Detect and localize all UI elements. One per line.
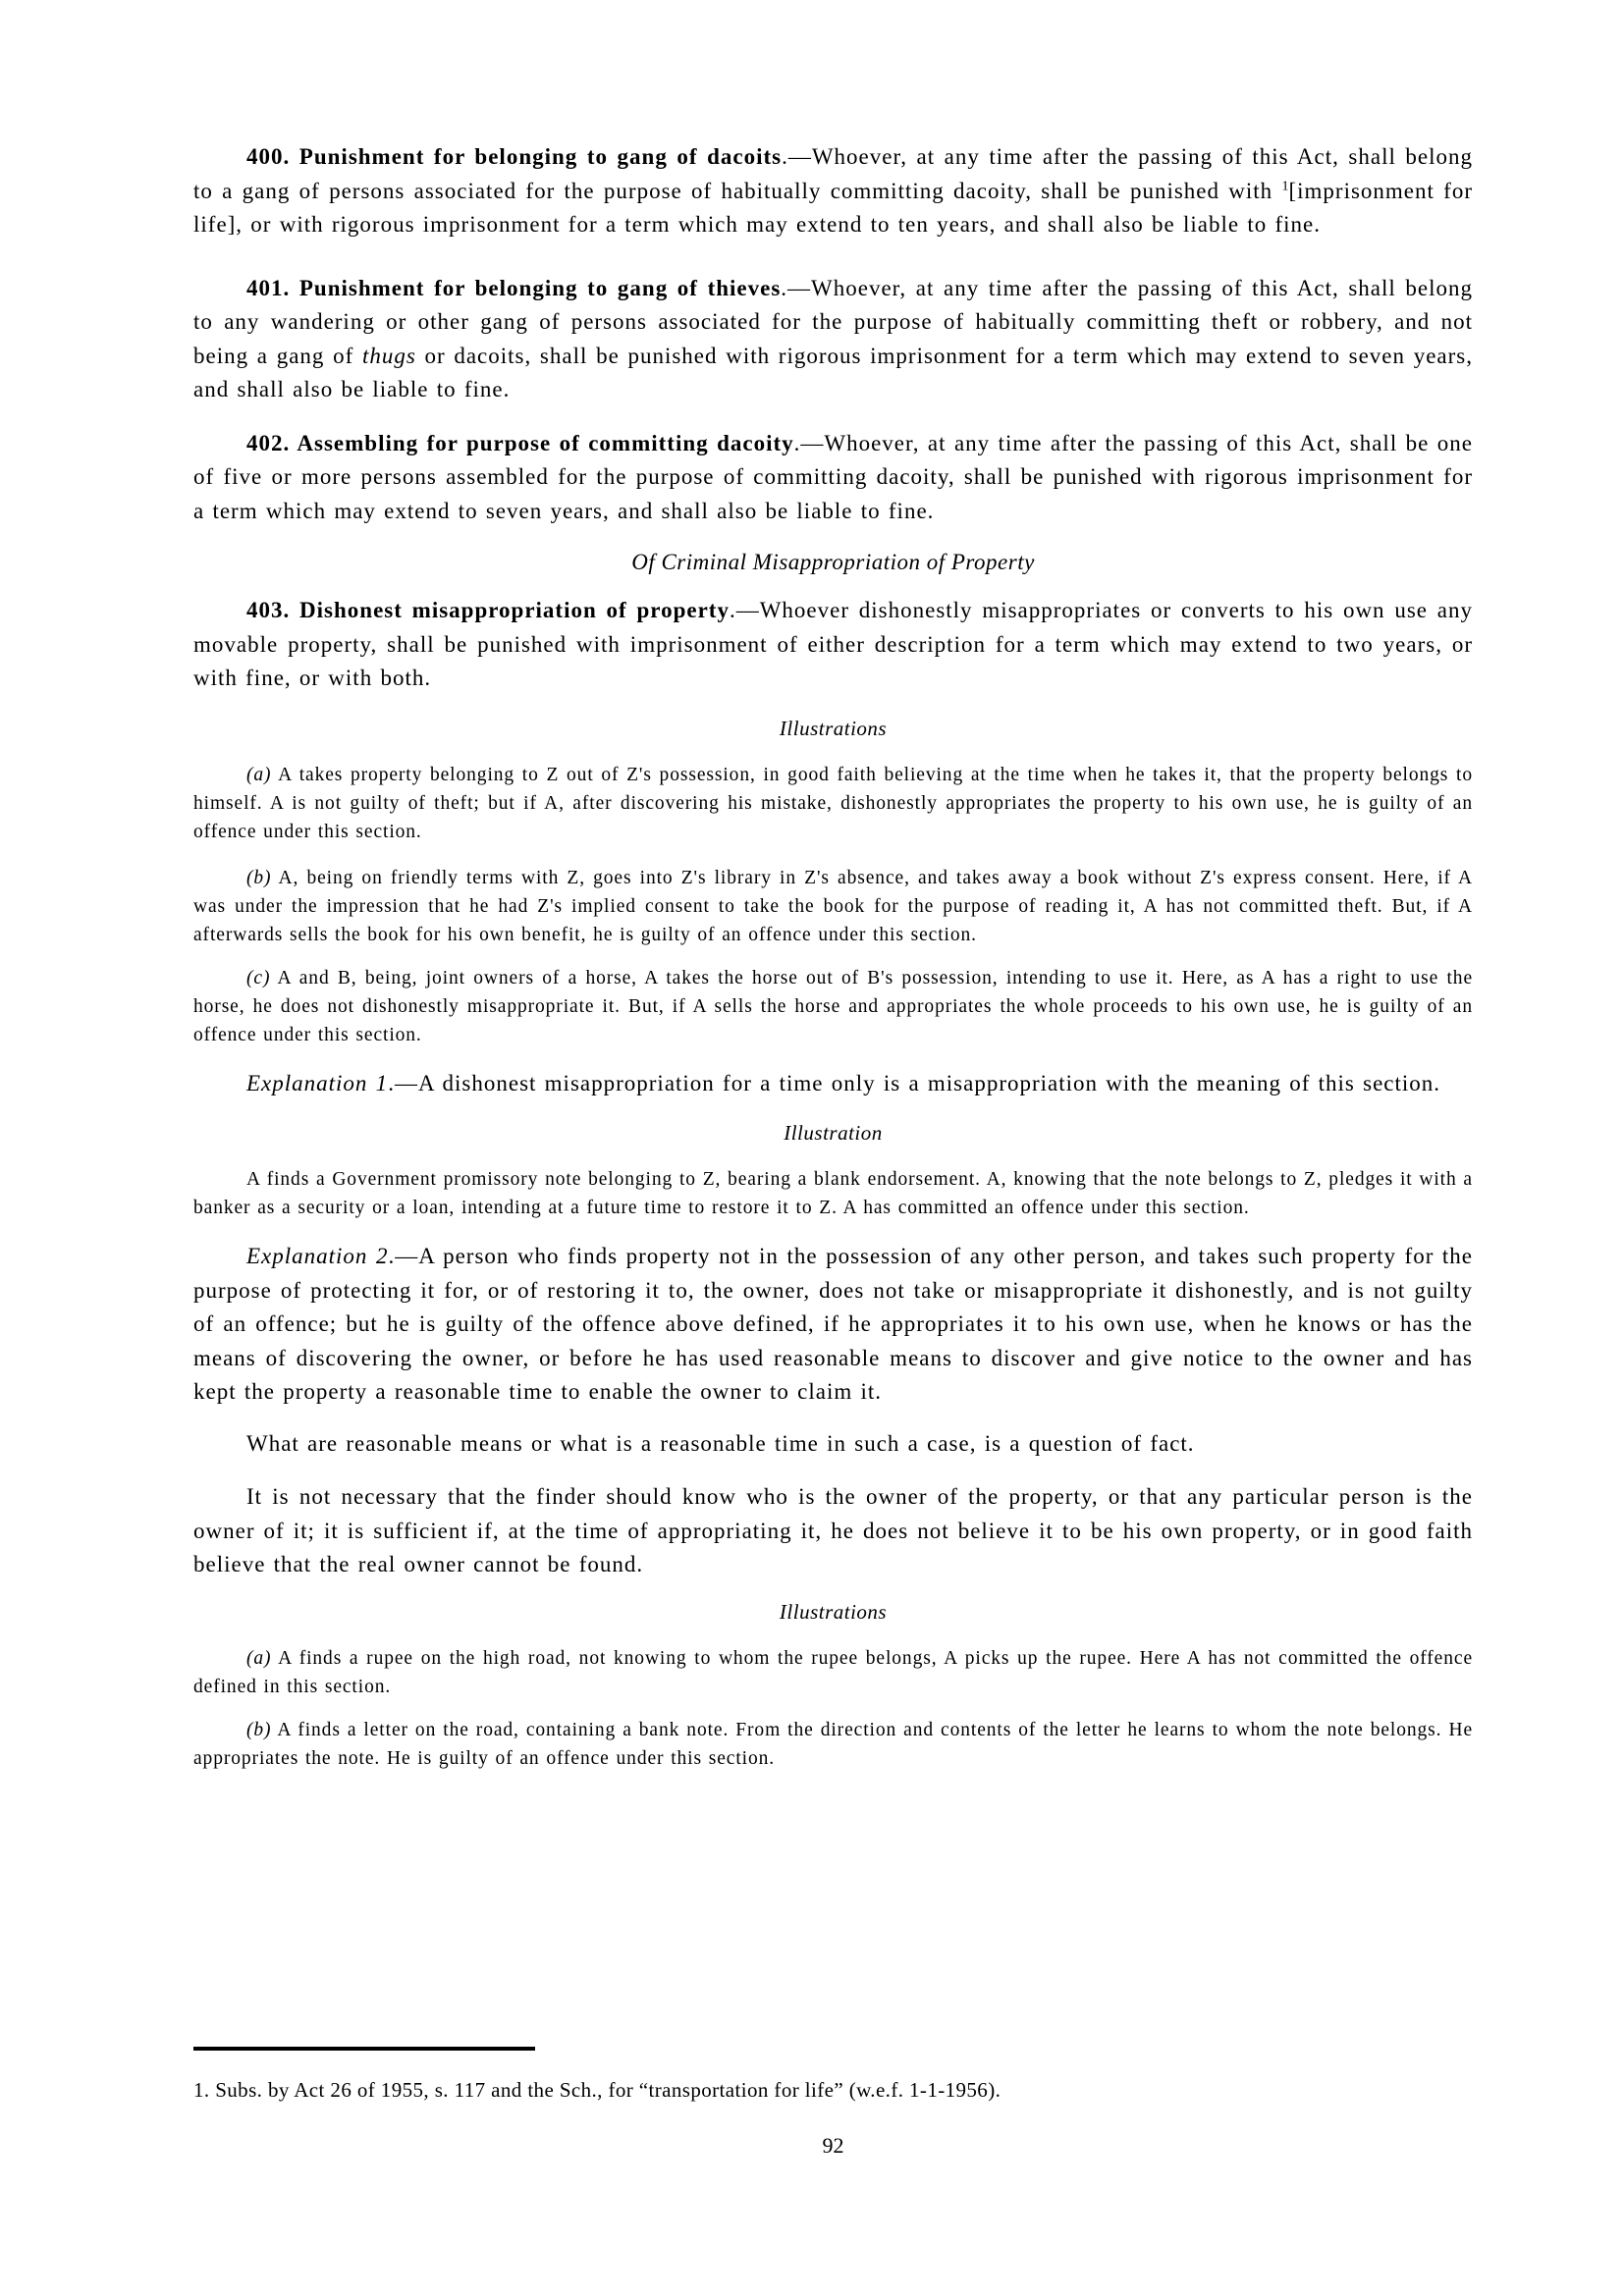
illustration-c1-text: A and B, being, joint owners of a horse,…: [193, 968, 1473, 1045]
illustration-a1-text: A takes property belonging to Z out of Z…: [193, 765, 1473, 842]
explanation-1-text: .—A dishonest misappropriation for a tim…: [388, 1071, 1440, 1095]
section-403-paragraph: 403. Dishonest misappropriation of prope…: [193, 594, 1473, 696]
illustrations-heading-3: Illustrations: [193, 1597, 1473, 1627]
illustration-c1-marker: (c): [246, 968, 270, 988]
section-400-title: 400. Punishment for belonging to gang of…: [246, 144, 782, 169]
section-403-title: 403. Dishonest misappropriation of prope…: [246, 598, 730, 622]
illustrations-heading-1: Illustrations: [193, 714, 1473, 743]
explanation-1-label: Explanation 1: [246, 1071, 388, 1095]
footnote-area: 1. Subs. by Act 26 of 1955, s. 117 and t…: [193, 2047, 1473, 2104]
explanation-1-paragraph: Explanation 1.—A dishonest misappropriat…: [193, 1067, 1473, 1101]
finder-paragraph: It is not necessary that the finder shou…: [193, 1480, 1473, 1582]
illustration-a1: (a) A takes property belonging to Z out …: [193, 761, 1473, 846]
illustration-note-paragraph: A finds a Government promissory note bel…: [193, 1165, 1473, 1222]
page-content: 400. Punishment for belonging to gang of…: [193, 0, 1473, 1773]
explanation-2-label: Explanation 2: [246, 1244, 388, 1268]
illustration-a2-text: A finds a rupee on the high road, not kn…: [193, 1648, 1473, 1697]
illustration-c1: (c) A and B, being, joint owners of a ho…: [193, 964, 1473, 1049]
illustration-b2-text: A finds a letter on the road, containing…: [193, 1720, 1473, 1769]
footnote-divider: [193, 2047, 535, 2051]
illustration-b1-marker: (b): [246, 868, 271, 888]
page-number: 92: [193, 2132, 1473, 2160]
section-402-title: 402. Assembling for purpose of committin…: [246, 431, 794, 455]
section-402-paragraph: 402. Assembling for purpose of committin…: [193, 427, 1473, 529]
section-401-paragraph: 401. Punishment for belonging to gang of…: [193, 272, 1473, 407]
illustration-a1-marker: (a): [246, 765, 271, 785]
explanation-2-paragraph: Explanation 2.—A person who finds proper…: [193, 1240, 1473, 1410]
illustration-b2: (b) A finds a letter on the road, contai…: [193, 1716, 1473, 1773]
illustration-b1: (b) A, being on friendly terms with Z, g…: [193, 864, 1473, 949]
footnote-1: 1. Subs. by Act 26 of 1955, s. 117 and t…: [193, 2076, 1473, 2104]
illustration-b1-text: A, being on friendly terms with Z, goes …: [193, 868, 1473, 945]
chapter-heading: Of Criminal Misappropriation of Property: [193, 546, 1473, 579]
reasonable-means-paragraph: What are reasonable means or what is a r…: [193, 1427, 1473, 1462]
illustration-heading-2: Illustration: [193, 1118, 1473, 1148]
illustration-a2-marker: (a): [246, 1648, 271, 1669]
illustration-b2-marker: (b): [246, 1720, 271, 1740]
section-401-italic-word: thugs: [362, 344, 416, 368]
section-401-title: 401. Punishment for belonging to gang of…: [246, 276, 781, 300]
section-400-paragraph: 400. Punishment for belonging to gang of…: [193, 140, 1473, 242]
illustration-a2: (a) A finds a rupee on the high road, no…: [193, 1644, 1473, 1701]
